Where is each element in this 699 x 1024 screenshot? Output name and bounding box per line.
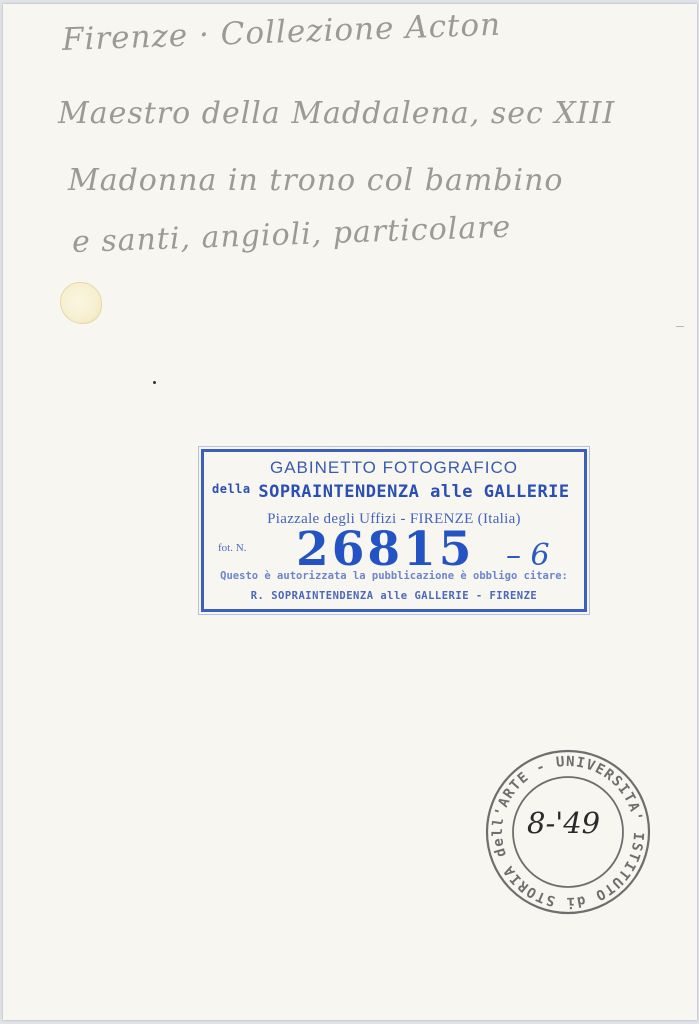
edge-mark [676,326,684,327]
seal-handwritten-date: 8-'49 [527,806,600,840]
stamp-notice: Questo è autorizzata la pubblicazione è … [204,570,584,582]
gabinetto-fotografico-stamp: GABINETTO FOTOGRAFICO della SOPRAINTENDE… [201,449,587,612]
stamp-prefix: della [212,482,251,496]
stamp-institution-name: SOPRAINTENDENZA alle GALLERIE [258,482,569,502]
glue-stain [60,282,102,324]
negative-suffix: – 6 [506,538,550,573]
negative-number: 26815 [296,522,475,577]
note-line-3: Madonna in trono col bambino [68,163,563,198]
note-line-2: Maestro della Maddalena, sec XIII [58,96,615,131]
negative-label: fot. N. [218,542,246,554]
stamp-institution: della SOPRAINTENDENZA alle GALLERIE [204,482,584,502]
stamp-title: GABINETTO FOTOGRAFICO [204,458,584,478]
ink-dot [153,381,156,384]
stamp-credit: R. SOPRAINTENDENZA alle GALLERIE - FIREN… [204,590,584,602]
